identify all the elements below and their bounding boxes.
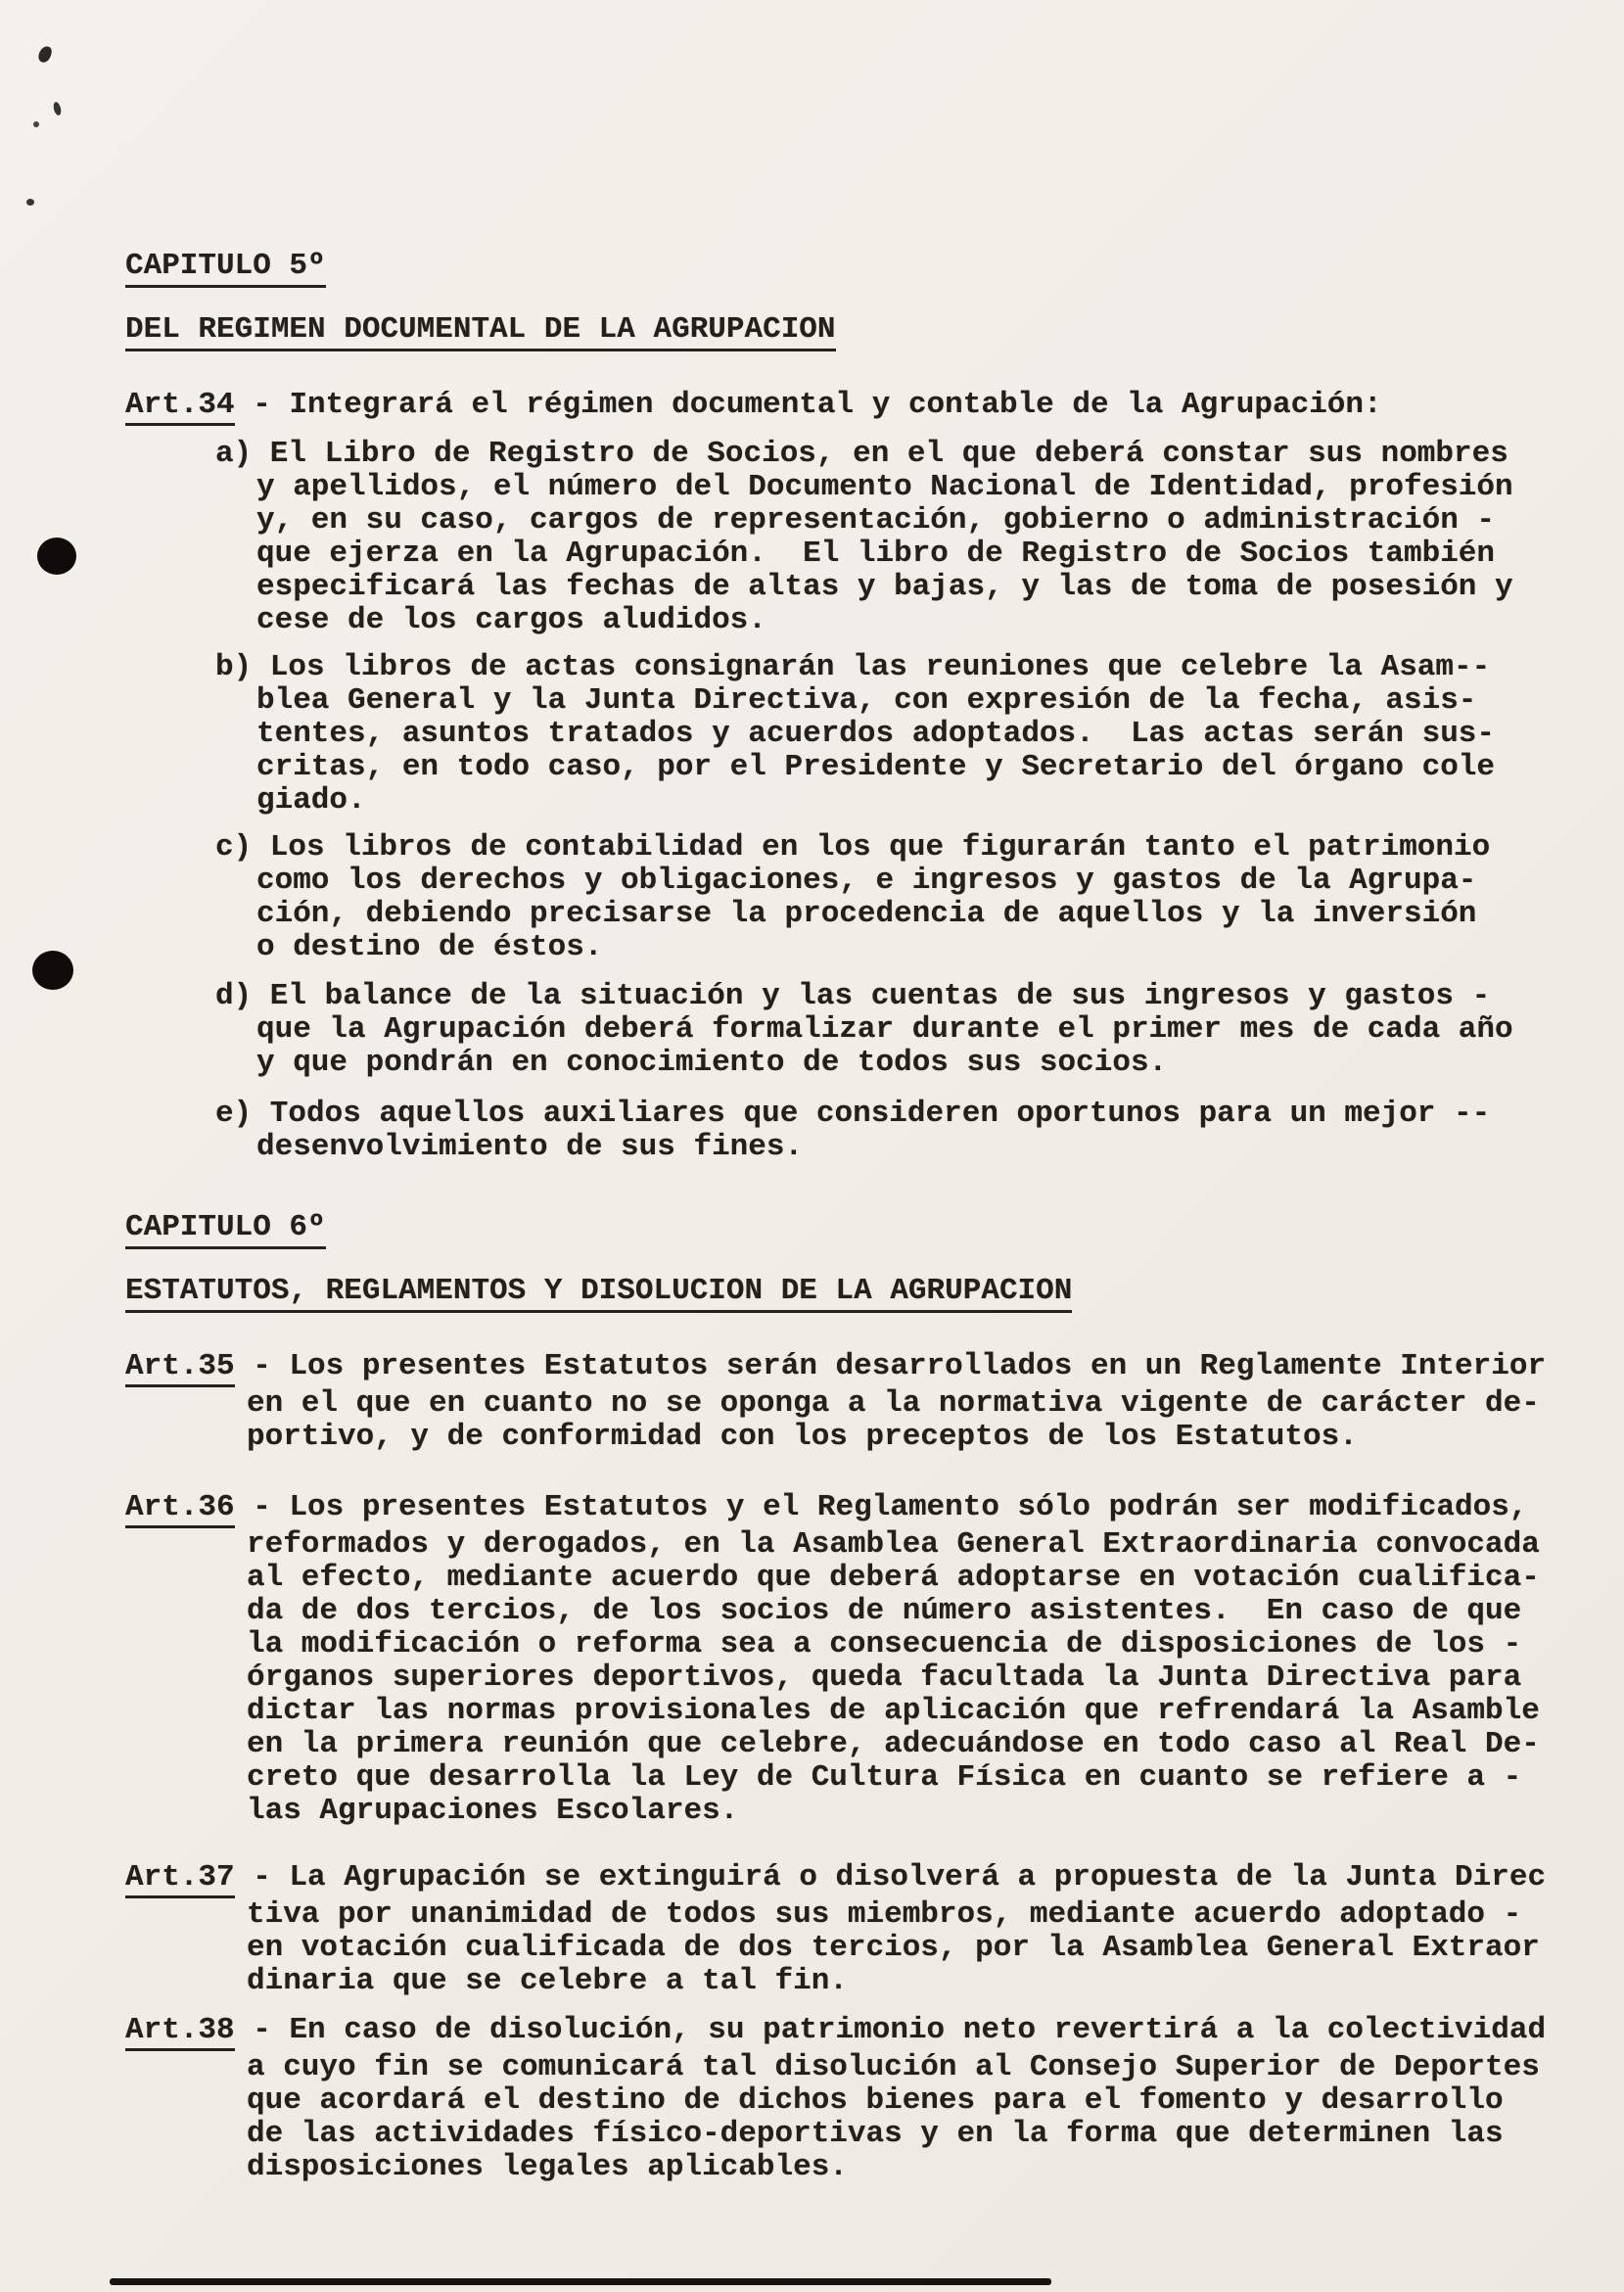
article-separator: -	[235, 1860, 290, 1894]
text-line: blea General y la Junta Directiva, con e…	[256, 684, 1624, 718]
section-heading-text: DEL REGIMEN DOCUMENTAL DE LA AGRUPACION	[125, 313, 836, 351]
section-heading: DEL REGIMEN DOCUMENTAL DE LA AGRUPACION	[125, 313, 1624, 351]
document-page: CAPITULO 5º DEL REGIMEN DOCUMENTAL DE LA…	[0, 0, 1624, 2292]
article-label: Art.37	[125, 1861, 235, 1898]
article-intro-text: La Agrupación se extinguirá o disolverá …	[289, 1860, 1546, 1894]
section-heading: ESTATUTOS, REGLAMENTOS Y DISOLUCION DE L…	[125, 1275, 1624, 1313]
chapter-6: CAPITULO 6º ESTATUTOS, REGLAMENTOS Y DIS…	[0, 1211, 1624, 2184]
text-line: b) Los libros de actas consignarán las r…	[215, 651, 1624, 684]
text-line: las Agrupaciones Escolares.	[247, 1795, 1624, 1828]
text-line: dictar las normas provisionales de aplic…	[247, 1695, 1624, 1728]
scan-speck	[52, 101, 62, 116]
article-intro-text: Los presentes Estatutos serán desarrolla…	[289, 1349, 1546, 1383]
article-37: Art.37 - La Agrupación se extinguirá o d…	[0, 1861, 1624, 1998]
text-line: tentes, asuntos tratados y acuerdos adop…	[256, 718, 1624, 751]
article-body: a cuyo fin se comunicará tal disolución …	[0, 2051, 1624, 2184]
article-body: tiva por unanimidad de todos sus miembro…	[0, 1898, 1624, 1998]
text-line: disposiciones legales aplicables.	[247, 2151, 1624, 2184]
text-line: especificará las fechas de altas y bajas…	[256, 571, 1624, 604]
text-line: en la primera reunión que celebre, adecu…	[247, 1728, 1624, 1761]
text-line: c) Los libros de contabilidad en los que…	[215, 831, 1624, 865]
article-body: en el que en cuanto no se oponga a la no…	[0, 1387, 1624, 1454]
hole-punch-mark	[37, 538, 76, 575]
text-line: como los derechos y obligaciones, e ingr…	[256, 865, 1624, 898]
text-line: cese de los cargos aludidos.	[256, 604, 1624, 637]
text-line: en votación cualificada de dos tercios, …	[247, 1932, 1624, 1965]
article-intro-text: En caso de disolución, su patrimonio net…	[289, 2013, 1546, 2047]
section-heading-text: ESTATUTOS, REGLAMENTOS Y DISOLUCION DE L…	[125, 1275, 1072, 1313]
text-line: a cuyo fin se comunicará tal disolución …	[247, 2051, 1624, 2084]
text-line: d) El balance de la situación y las cuen…	[215, 980, 1624, 1013]
text-line: ción, debiendo precisarse la procedencia…	[256, 898, 1624, 931]
article-heading-line: Art.36 - Los presentes Estatutos y el Re…	[125, 1491, 1624, 1528]
article-intro-text: Los presentes Estatutos y el Reglamento …	[289, 1490, 1527, 1524]
article-38: Art.38 - En caso de disolución, su patri…	[0, 2014, 1624, 2184]
chapter-heading-text: CAPITULO 5º	[125, 250, 326, 288]
hole-punch-mark	[32, 951, 73, 990]
text-line: y que pondrán en conocimiento de todos s…	[256, 1047, 1624, 1080]
list-item-e: e) Todos aquellos auxiliares que conside…	[0, 1098, 1624, 1164]
article-36: Art.36 - Los presentes Estatutos y el Re…	[0, 1491, 1624, 1828]
list-item-d: d) El balance de la situación y las cuen…	[0, 980, 1624, 1080]
text-line: dinaria que se celebre a tal fin.	[247, 1965, 1624, 1998]
scan-speck	[37, 45, 54, 65]
list-item-a: a) El Libro de Registro de Socios, en el…	[0, 438, 1624, 637]
chapter-heading: CAPITULO 5º	[125, 250, 1624, 288]
text-line: la modificación o reforma sea a consecue…	[247, 1628, 1624, 1661]
article-heading-line: Art.34 - Integrará el régimen documental…	[125, 389, 1624, 426]
chapter-5: CAPITULO 5º DEL REGIMEN DOCUMENTAL DE LA…	[0, 250, 1624, 1164]
article-heading-line: Art.37 - La Agrupación se extinguirá o d…	[125, 1861, 1624, 1898]
article-35: Art.35 - Los presentes Estatutos serán d…	[0, 1350, 1624, 1454]
text-line: giado.	[256, 784, 1624, 818]
article-separator: -	[235, 2013, 290, 2047]
text-line: a) El Libro de Registro de Socios, en el…	[215, 438, 1624, 471]
text-line: desenvolvimiento de sus fines.	[256, 1131, 1624, 1164]
text-line: portivo, y de conformidad con los precep…	[247, 1421, 1624, 1454]
article-body: reformados y derogados, en la Asamblea G…	[0, 1528, 1624, 1828]
article-34: Art.34 - Integrará el régimen documental…	[0, 389, 1624, 1164]
text-line: creto que desarrolla la Ley de Cultura F…	[247, 1761, 1624, 1795]
text-line: o destino de éstos.	[256, 931, 1624, 964]
article-intro-text: Integrará el régimen documental y contab…	[289, 388, 1381, 422]
article-label: Art.36	[125, 1491, 235, 1528]
article-separator: -	[235, 1490, 290, 1524]
text-line: en el que en cuanto no se oponga a la no…	[247, 1387, 1624, 1421]
text-line: de las actividades físico-deportivas y e…	[247, 2118, 1624, 2151]
chapter-heading: CAPITULO 6º	[125, 1211, 1624, 1249]
article-label: Art.35	[125, 1350, 235, 1387]
article-heading-line: Art.35 - Los presentes Estatutos serán d…	[125, 1350, 1624, 1387]
text-line: e) Todos aquellos auxiliares que conside…	[215, 1098, 1624, 1131]
text-line: órganos superiores deportivos, queda fac…	[247, 1661, 1624, 1695]
text-line: que ejerza en la Agrupación. El libro de…	[256, 538, 1624, 571]
text-line: que la Agrupación deberá formalizar dura…	[256, 1013, 1624, 1047]
scan-edge-line	[110, 2278, 1051, 2285]
text-line: reformados y derogados, en la Asamblea G…	[247, 1528, 1624, 1562]
scan-speck	[26, 199, 34, 206]
scan-speck	[33, 121, 39, 127]
chapter-heading-text: CAPITULO 6º	[125, 1211, 326, 1249]
text-line: da de dos tercios, de los socios de núme…	[247, 1595, 1624, 1628]
text-line: critas, en todo caso, por el Presidente …	[256, 751, 1624, 784]
list-item-c: c) Los libros de contabilidad en los que…	[0, 831, 1624, 964]
article-separator: -	[235, 388, 290, 422]
text-line: y, en su caso, cargos de representación,…	[256, 504, 1624, 538]
text-line: tiva por unanimidad de todos sus miembro…	[247, 1898, 1624, 1932]
text-line: y apellidos, el número del Documento Nac…	[256, 471, 1624, 504]
article-separator: -	[235, 1349, 290, 1383]
list-item-b: b) Los libros de actas consignarán las r…	[0, 651, 1624, 818]
article-label: Art.38	[125, 2014, 235, 2051]
text-line: que acordará el destino de dichos bienes…	[247, 2084, 1624, 2118]
article-label: Art.34	[125, 389, 235, 426]
article-heading-line: Art.38 - En caso de disolución, su patri…	[125, 2014, 1624, 2051]
text-line: al efecto, mediante acuerdo que deberá a…	[247, 1562, 1624, 1595]
